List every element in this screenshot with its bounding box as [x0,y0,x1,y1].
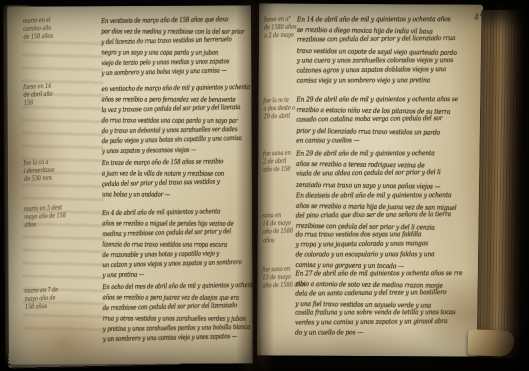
manuscript-line: del pino criada que dixo ser de una seño… [296,210,460,221]
manuscript-line: en ventiocho de março año de mil y quini… [101,83,221,95]
manuscript-line: do y un cuello de pos — [295,328,459,338]
manuscript-entry: En 4 de abril año de mil quinientos y oc… [102,208,252,282]
manuscript-line: y unos zapatos y descansos viejos — [102,146,222,158]
note-line: de 530 mrs [24,174,91,185]
manuscript-line: En 29 de abril año de mil y quinientos y… [296,149,460,160]
manuscript-entry: En ventiseis de março año de 158 años qu… [101,16,251,79]
margin-note: fue la ca ai demeritavode 530 mrs [23,157,102,185]
manuscript-line: y del licenzia do rrua traxo vestidos un… [101,35,221,48]
fore-edge-corner [468,329,515,357]
manuscript-line: viuda de una aldea con çedula del sor pr… [296,168,460,180]
manuscript-entry: En treze de março año de 158 años se rre… [102,158,252,200]
fore-edge-pages [477,10,526,359]
manuscript-line: de rrezibiose con çedula del sor prior d… [103,301,223,314]
manuscript-line: medina y rrezibiose con çedula del sor p… [102,227,222,240]
manuscript-line: camisa vieja y un sombrero viejo y una p… [297,76,461,87]
manuscript-line: calzones agros y unos zapatos doblados v… [297,65,461,77]
manuscript-line: y una pretina — [102,270,222,282]
manuscript-line: En ocho del mes de abril año de mil y qu… [102,281,222,293]
manuscript-entry: En 29 de abril año de mil y quinientos y… [296,150,482,192]
manuscript-entry: En 27 de abril año de mil quinientos y o… [295,270,481,340]
manuscript-photo: murio en elcamino añode 158 años fuese e… [0,0,529,371]
manuscript-entry: En 14 de abril año de mil y quinientos y… [297,16,483,88]
manuscript-line: En 27 de abril año de mil quinientos y o… [295,269,459,279]
margin-note: murio en elcamino añode 158 años [23,15,102,43]
manuscript-entry: en ventiocho de março año de mil y quini… [101,84,251,158]
note-line: 158 años [25,302,92,313]
manuscript-line: En 14 de abril año de mil y quinientos y… [297,15,461,26]
manuscript-line: En 4 de abril año de mil quinientos y oc… [102,207,222,219]
manuscript-line: En dieziseis de abril año de mil y quini… [296,191,460,201]
note-line: 158 [24,98,91,109]
manuscript-line: y un sombrero y una bolsa vieja y una ca… [101,66,221,79]
manuscript-line: y rropa y una jaqueta colorada y unas ma… [296,239,460,250]
note-line: años [24,220,91,231]
manuscript-line: En treze de março año de 158 años se rre… [102,157,222,169]
manuscript-line: dela de un santo cadenana y del treze y … [295,288,459,299]
manuscript-line: verdes y una camisa y unos zapatos y un … [295,317,459,328]
right-page: 4° fuese en a°de 1580 añosa 2 de mayo fu… [257,3,483,356]
manuscript-entry: En ocho del mes de abril año de mil y qu… [103,282,253,345]
manuscript-line: rrezibiose con çedula del sor prior y de… [297,34,461,46]
manuscript-line: En 29 de abril año de mil y quinientos y… [296,95,460,106]
manuscript-line: una bolsa y un andador — [102,191,222,202]
manuscript-line: En ventiseis de março año de 158 años qu… [101,15,221,27]
left-page: murio en elcamino añode 158 años fuese e… [7,5,253,364]
manuscript-entry: En dieziseis de abril año de mil y quini… [295,192,481,272]
margin-note: murio en 5 destmayo año de 158años [24,203,103,231]
manuscript-entry: En 29 de abril año de mil y quinientos y… [296,96,482,148]
manuscript-line: y un sombrero y una camisa vieja y unos … [103,332,223,345]
manuscript-line: casado con catalina moba verga con çedul… [296,114,460,126]
manuscript-line: çedula del sor prior y del traxo sus ves… [102,177,222,190]
manuscript-line: en camisa y cuellos — [296,136,460,147]
note-line: de 158 años [23,32,90,43]
manuscript-line: la vez y traxose con çedula del sor prio… [102,103,222,116]
margin-note: murio en 7 demayo año de158 años [24,285,103,313]
margin-note: fuese en 14de abril año158 [23,81,102,109]
manuscript-line: de colorado y un escapulario y unas fald… [296,250,460,260]
